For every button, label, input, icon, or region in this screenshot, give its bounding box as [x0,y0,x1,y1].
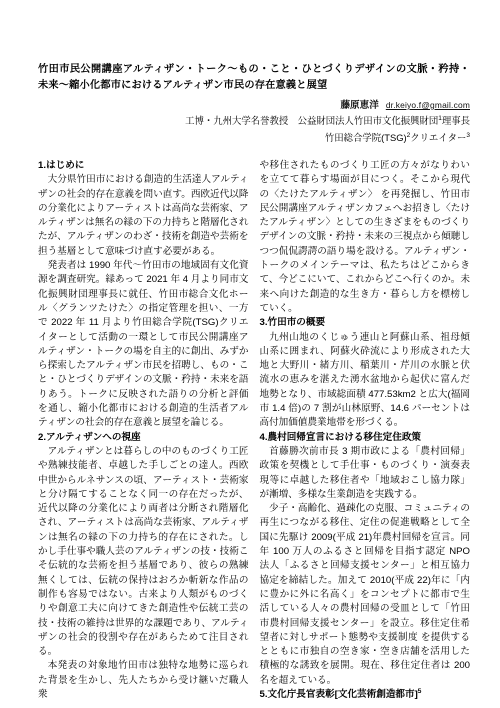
section-heading-4: 4.農村回帰宣言における移住定住政策 [260,431,471,445]
two-column-body: 1.はじめに 大分県竹田市における創造的生活達人アルティザンの社会的存在意義を問… [38,159,470,702]
paper-title: 竹田市民公開講座アルティザン・トーク〜もの・こと・ひとづくりデザインの文脈・矜持… [38,62,470,93]
affiliation-1-role: 理事長 [442,115,470,126]
paragraph: 発表者は 1990 年代〜竹田市の地域固有文化資源を調査研究。縁あって 2021… [38,259,249,431]
footnote-marker-3: 3 [466,131,470,138]
paragraph: 少子・高齢化、過疎化の克服、コミュニティの再生につながる移住、定住の促進戦略とし… [260,502,471,688]
author-name: 藤原恵洋 [340,100,378,111]
section-heading-5-text: 5.文化庁長官表彰[文化芸術創造都市] [260,689,418,700]
footnote-marker-5: 5 [418,688,422,695]
paragraph: 大分県竹田市における創造的生活達人アルティザンの社会的存在意義を問い直す。西欧近… [38,173,249,259]
section-heading-5: 5.文化庁長官表彰[文化芸術創造都市]5 [260,688,471,702]
affiliation-2-role: クリエイター [410,132,466,143]
paragraph: アルティザンとは暮らしの中のものづくり工匠や熟練技能者、卓越した手しごとの達人。… [38,445,249,659]
section-heading-2: 2.アルティザンへの視座 [38,431,249,445]
affiliation-line-2: 竹田総合学院(TSG)2クリエイター3 [38,130,470,147]
section-heading-3: 3.竹田市の概要 [260,316,471,330]
paragraph: 九州山地のくじゅう連山と阿蘇山系、祖母傾山系に囲まれ、阿蘇火砕流により形成された… [260,331,471,431]
paragraph: 首藤勝次前市長 3 期市政による「農村回帰」政策を契機として手仕事・ものづくり・… [260,445,471,502]
affiliation-1-text: 工博・九州大学名誉教授 公益財団法人竹田市文化振興財団 [185,115,438,126]
right-column: や移住されたものづくり工匠の方々がなりわいを立てて暮らす場面が目につく。そこから… [260,159,471,702]
section-heading-1: 1.はじめに [38,159,249,173]
byline: 藤原恵洋dr.keiyo.f@gmail.com [38,98,470,113]
paragraph-continuation: や移住されたものづくり工匠の方々がなりわいを立てて暮らす場面が目につく。そこから… [260,159,471,316]
affiliation-2-text: 竹田総合学院(TSG) [325,132,407,143]
left-column: 1.はじめに 大分県竹田市における創造的生活達人アルティザンの社会的存在意義を問… [38,159,249,702]
paragraph: 本発表の対象地竹田市は独特な地勢に巡られた背景を生かし、先人たちから受け継いだ職… [38,659,249,702]
paper-page: 竹田市民公開講座アルティザン・トーク〜もの・こと・ひとづくりデザインの文脈・矜持… [0,0,500,708]
affiliation-line-1: 工博・九州大学名誉教授 公益財団法人竹田市文化振興財団1理事長 [38,113,470,130]
author-email-link[interactable]: dr.keiyo.f@gmail.com [386,100,470,110]
